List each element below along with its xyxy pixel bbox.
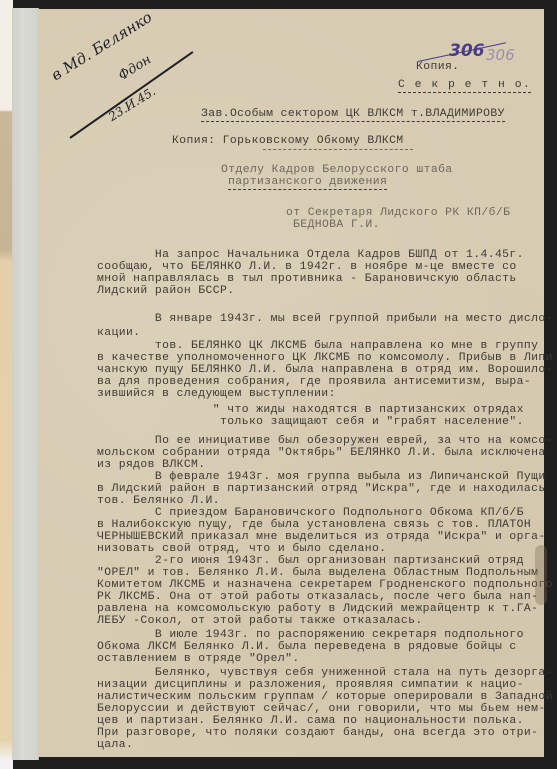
body-line: зившийся в следующем выступлении: — [97, 388, 336, 400]
from-line-1: от Секретаря Лидского РК КП/б/Б — [286, 207, 510, 219]
from-line-2: БЕДНОВА Г.И. — [293, 219, 380, 231]
dept-line-1: Отделу Кадров Белорусского штаба — [221, 164, 453, 176]
body-line: 2-го июня 1943г. был организован партиза… — [97, 555, 524, 567]
paper-stain — [535, 545, 547, 605]
body-line: только защищают себя и "грабят население… — [97, 416, 524, 428]
body-line: ЧЕРНЫШЕВСКИЙ приказал мне выделиться из … — [97, 531, 546, 543]
body-line: "ОРЕЛ" и тов. Белянко Л.И. была выделена… — [97, 567, 538, 579]
copy-to-line: Копия: Горьковскому Обкому ВЛКСМ — [172, 135, 404, 147]
handwritten-date: 23.И.45. — [106, 84, 158, 124]
body-line: В феврале 1943г. моя группа выбыла из Ли… — [97, 471, 546, 483]
body-line: ва для проведения собрания, где проявила… — [97, 376, 531, 388]
body-line: налистическим польским группам / которые… — [97, 691, 553, 703]
addressee: Зав.Особым сектором ЦК ВЛКСМ т.ВЛАДИМИРО… — [201, 108, 505, 122]
copy-to-underline — [263, 149, 413, 150]
body-line: чанскую пущу БЕЛЯНКО Л.И. была направлен… — [97, 364, 553, 376]
body-line: в Лидский район в партизанский отряд "Ис… — [97, 483, 546, 495]
archive-page-number-crossed: 306 — [486, 46, 515, 64]
body-line: в Налибокскую пущу, где была установлена… — [97, 519, 531, 531]
body-line: ЛЕБУ -Сокол, от этой работы также отказа… — [97, 615, 423, 627]
body-line: По ее инициативе был обезоружен еврей, з… — [97, 435, 553, 447]
body-line: " что жиды находятся в партизанских отря… — [97, 404, 524, 416]
body-line: Комитетом ЛКСМБ и назначена секретарем Г… — [97, 579, 553, 591]
body-line: кации. — [97, 327, 140, 339]
binding-strip — [12, 8, 39, 760]
body-line: оставлением в отряде "Орел". — [97, 653, 300, 665]
body-line: тов. Белянко Л.И. — [97, 495, 220, 507]
body-line: из рядов ВЛКСМ. — [97, 459, 206, 471]
body-line: мольском собрании отряда "Октябрь" БЕЛЯН… — [97, 447, 546, 459]
body-line: В июле 1943г. по распоряжению секретаря … — [97, 629, 524, 641]
body-line: низовать свой отряд, что и было сделано. — [97, 543, 386, 555]
body-line: На запрос Начальника Отдела Кадров БШПД … — [97, 249, 524, 261]
body-line: цала. — [97, 739, 133, 751]
copy-label: Копия. — [416, 61, 459, 73]
document-page: в Мд. Белянко Фдон 23.И.45. 306 306 Копи… — [38, 9, 544, 757]
handwritten-signature: Фдон — [116, 52, 154, 83]
body-line: сообщаю, что БЕЛЯНКО Л.И. в 1942г. в ноя… — [97, 261, 517, 273]
body-line: в качестве уполномоченного ЦК ЛКСМБ по к… — [97, 352, 553, 364]
body-line: С приездом Барановичского Подпольного Об… — [97, 507, 524, 519]
body-line: Белянко, чувствуя себя униженной стала н… — [97, 667, 553, 679]
body-line: тов. БЕЛЯНКО ЦК ЛКСМБ была направлена ко… — [97, 340, 538, 352]
body-line: низации дисциплины и разложения, проявля… — [97, 679, 524, 691]
body-line: равлена на комсомольскую работу в Лидски… — [97, 603, 538, 615]
body-line: Лидский район БССР. — [97, 285, 234, 297]
body-line: цев и партизан. Белянко Л.И. сама по нац… — [97, 715, 524, 727]
body-line: Обкома ЛКСМ Белянко Л.И. была переведена… — [97, 641, 517, 653]
body-line: При разговоре, что поляки создают банды,… — [97, 727, 538, 739]
body-line: РК ЛКСМБ. Она от этой работы отказалась,… — [97, 591, 538, 603]
dept-line-2: партизанского движения — [228, 176, 387, 190]
body-line: Белоруссии и действуют сейчас/, они гово… — [97, 703, 546, 715]
secret-label: С е к р е т н о. — [398, 79, 531, 93]
body-line: В январе 1943г. мы всей группой прибыли … — [97, 313, 553, 325]
body-line: мной направлялась в тыл противника - Бар… — [97, 273, 517, 285]
